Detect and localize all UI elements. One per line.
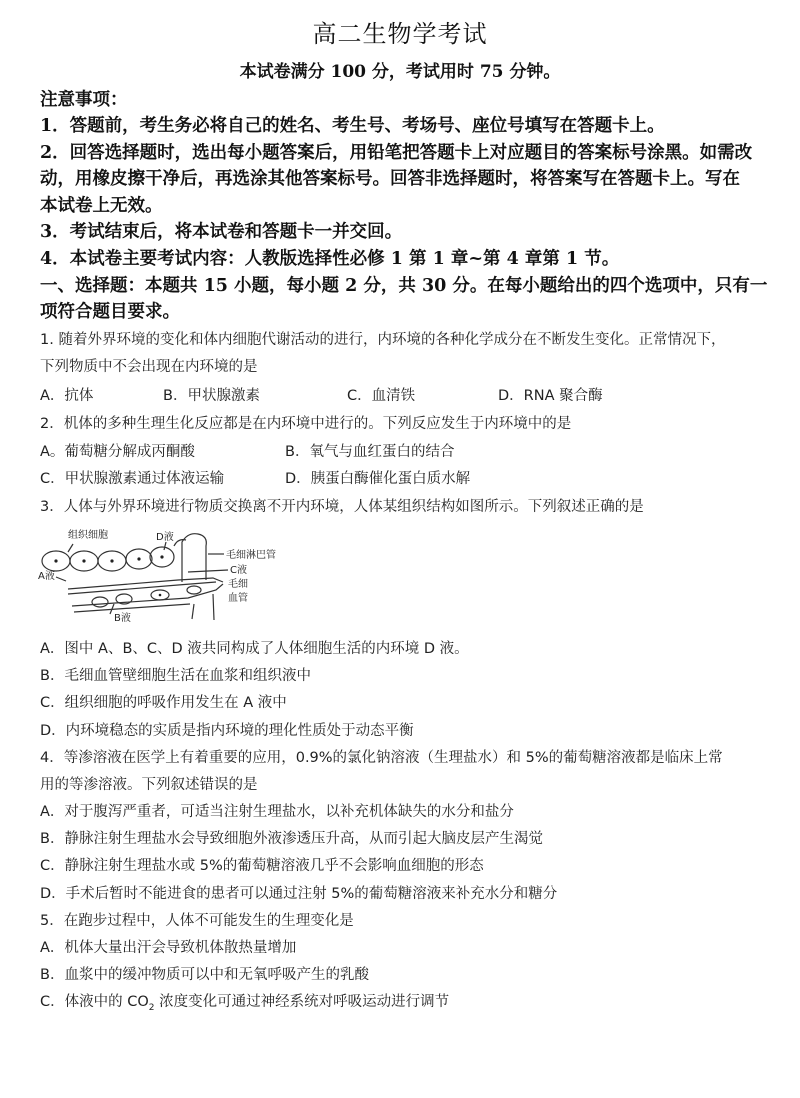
note-3: 3．考试结束后，将本试卷和答题卡一并交回。 xyxy=(40,218,402,243)
q2-option-c[interactable]: C．甲状腺激素通过体液运输 xyxy=(40,467,224,488)
q1-stem-line2: 下列物质中不会出现在内环境的是 xyxy=(40,355,258,376)
tissue-structure-figure: 组织细胞 D液 毛细淋巴管 C液 A液 毛细 血管 B液 xyxy=(38,524,278,624)
note-2-line2: 动，用橡皮擦干净后，再选涂其他答案标号。回答非选择题时，将答案写在答题卡上。写在 xyxy=(40,165,740,190)
q4-option-b[interactable]: B．静脉注射生理盐水会导致细胞外液渗透压升高，从而引起大脑皮层产生渴觉 xyxy=(40,827,543,848)
label-tissue-cell: 组织细胞 xyxy=(68,528,108,541)
q3-option-a[interactable]: A．图中 A、B、C、D 液共同构成了人体细胞生活的内环境 D 液。 xyxy=(40,637,469,658)
exam-page: 高二生物学考试 本试卷满分 100 分，考试用时 75 分钟。 注意事项： 1．… xyxy=(0,0,800,1098)
q4-stem-line1: 4．等渗溶液在医学上有着重要的应用，0.9%的氯化钠溶液（生理盐水）和 5%的葡… xyxy=(40,746,723,767)
note-4: 4．本试卷主要考试内容：人教版选择性必修 1 第 1 章~第 4 章第 1 节。 xyxy=(40,245,619,270)
q2-option-d[interactable]: D．胰蛋白酶催化蛋白质水解 xyxy=(285,467,470,488)
q5-option-c-part2: 浓度变化可通过神经系统对呼吸运动进行调节 xyxy=(155,994,450,1010)
q4-option-a[interactable]: A．对于腹泻严重者，可适当注射生理盐水，以补充机体缺失的水分和盐分 xyxy=(40,800,514,821)
section-heading-line2: 项符合题目要求。 xyxy=(40,298,180,323)
exam-subtitle: 本试卷满分 100 分，考试用时 75 分钟。 xyxy=(0,57,800,82)
q1-option-a[interactable]: A．抗体 xyxy=(40,384,93,405)
q5-option-c-part1: C．体液中的 CO xyxy=(40,994,149,1010)
label-c-fluid: C液 xyxy=(230,563,247,576)
q1-option-c[interactable]: C．血清铁 xyxy=(347,384,415,405)
note-2-line3: 本试卷上无效。 xyxy=(40,192,163,217)
note-1: 1．答题前，考生务必将自己的姓名、考生号、考场号、座位号填写在答题卡上。 xyxy=(40,112,665,137)
q2-stem: 2．机体的多种生理生化反应都是在内环境中进行的。下列反应发生于内环境中的是 xyxy=(40,412,571,433)
q4-stem-line2: 用的等渗溶液。下列叙述错误的是 xyxy=(40,773,258,794)
section-heading-line1: 一、选择题：本题共 15 小题，每小题 2 分，共 30 分。在每小题给出的四个… xyxy=(40,272,767,297)
q3-option-d[interactable]: D．内环境稳态的实质是指内环境的理化性质处于动态平衡 xyxy=(40,719,414,740)
q5-option-c[interactable]: C．体液中的 CO2 浓度变化可通过神经系统对呼吸运动进行调节 xyxy=(40,990,449,1013)
q2-option-a[interactable]: A。葡萄糖分解成丙酮酸 xyxy=(40,440,195,461)
label-capillary-line1: 毛细 xyxy=(228,578,248,590)
q5-option-a[interactable]: A．机体大量出汗会导致机体散热量增加 xyxy=(40,936,296,957)
q1-stem-line1: 1. 随着外界环境的变化和体内细胞代谢活动的进行，内环境的各种化学成分在不断发生… xyxy=(40,328,725,349)
notes-heading: 注意事项： xyxy=(40,86,128,111)
q3-option-c[interactable]: C．组织细胞的呼吸作用发生在 A 液中 xyxy=(40,691,287,712)
tissue-diagram-svg: 组织细胞 D液 毛细淋巴管 C液 A液 毛细 血管 B液 xyxy=(38,524,278,624)
label-b-fluid: B液 xyxy=(114,611,131,624)
q1-option-d[interactable]: D．RNA 聚合酶 xyxy=(498,384,603,405)
label-d-fluid: D液 xyxy=(156,530,174,543)
label-a-fluid: A液 xyxy=(38,569,55,582)
q5-stem: 5．在跑步过程中，人体不可能发生的生理变化是 xyxy=(40,909,354,930)
q3-stem: 3．人体与外界环境进行物质交换离不开内环境，人体某组织结构如图所示。下列叙述正确… xyxy=(40,495,644,516)
label-capillary-line2: 血管 xyxy=(228,591,248,604)
label-lymph-capillary: 毛细淋巴管 xyxy=(226,548,276,561)
note-2-line1: 2．回答选择题时，选出每小题答案后，用铅笔把答题卡上对应题目的答案标号涂黑。如需… xyxy=(40,139,752,164)
q3-option-b[interactable]: B．毛细血管壁细胞生活在血浆和组织液中 xyxy=(40,664,311,685)
q4-option-c[interactable]: C．静脉注射生理盐水或 5%的葡萄糖溶液几乎不会影响血细胞的形态 xyxy=(40,854,484,875)
q5-option-b[interactable]: B．血浆中的缓冲物质可以中和无氧呼吸产生的乳酸 xyxy=(40,963,369,984)
q2-option-b[interactable]: B．氧气与血红蛋白的结合 xyxy=(285,440,454,461)
exam-title: 高二生物学考试 xyxy=(0,14,800,49)
q4-option-d[interactable]: D．手术后暂时不能进食的患者可以通过注射 5%的葡萄糖溶液来补充水分和糖分 xyxy=(40,882,557,903)
q1-option-b[interactable]: B．甲状腺激素 xyxy=(163,384,260,405)
